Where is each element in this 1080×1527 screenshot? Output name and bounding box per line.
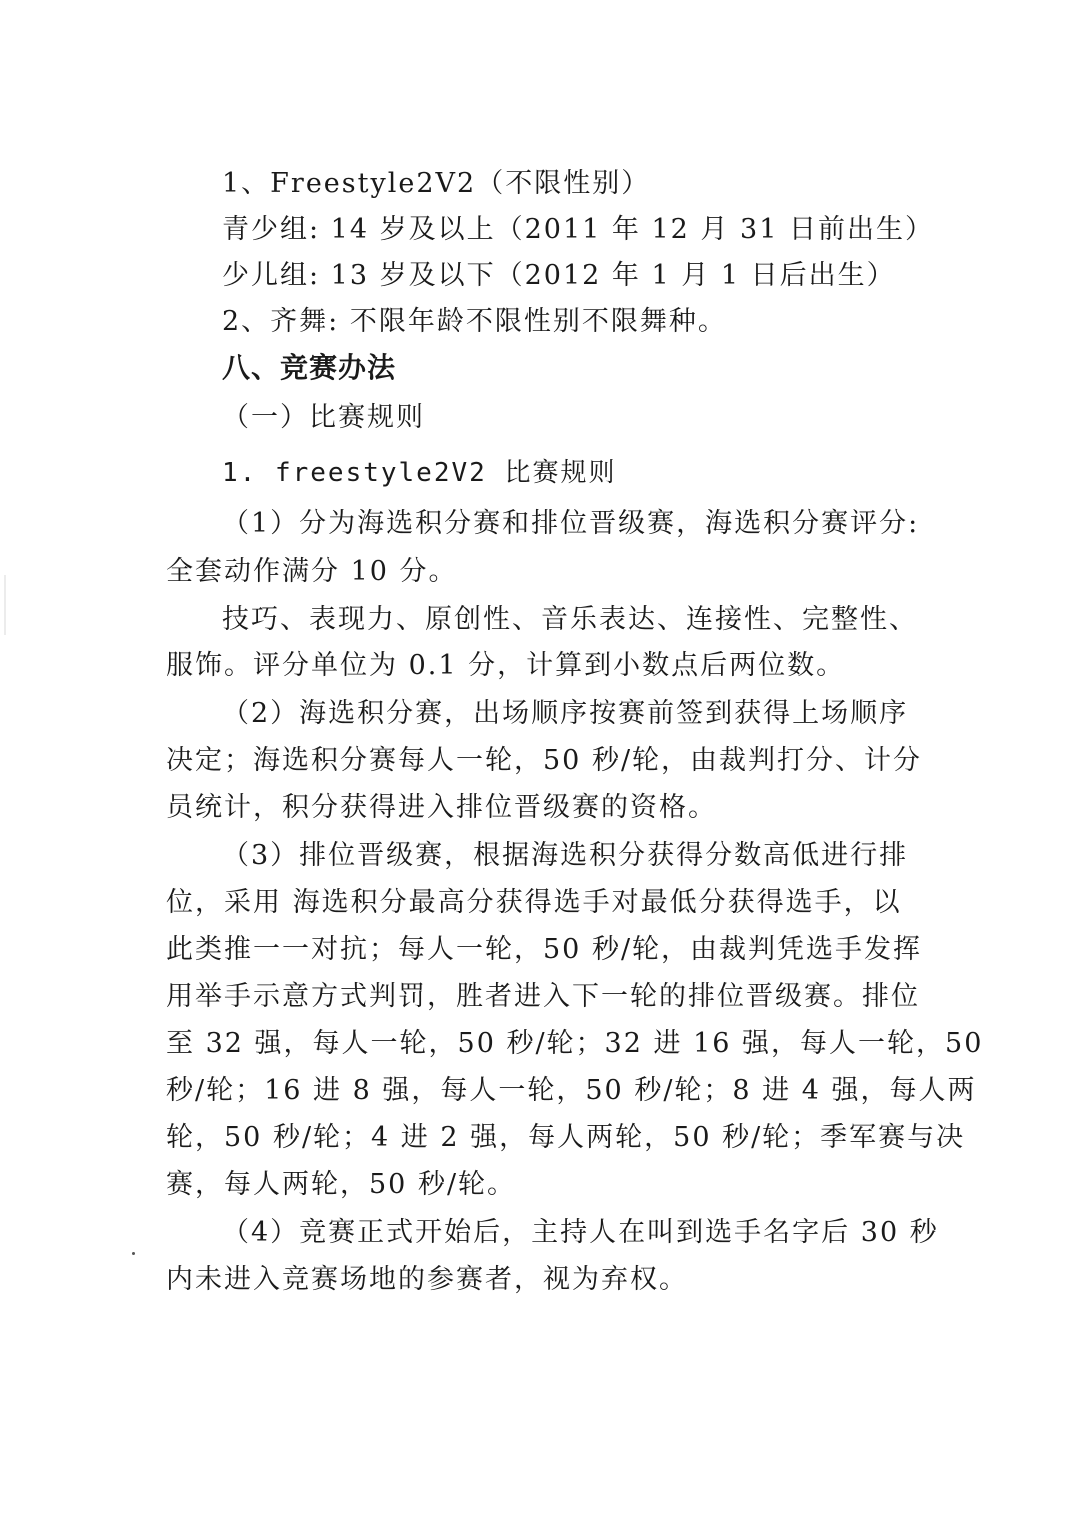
document-page: 1、Freestyle2V2（不限性别） 青少组: 14 岁及以上（2011 年… [0, 0, 1080, 1527]
paragraph-4-line-1: （3）排位晋级赛，根据海选积分获得分数高低进行排 [222, 838, 908, 874]
paragraph-4-line-5: 至 32 强，每人一轮，50 秒/轮；32 进 16 强，每人一轮，50 [166, 1026, 983, 1062]
youth-group-line: 青少组: 14 岁及以上（2011 年 12 月 31 日前出生） [222, 212, 934, 248]
scan-speck [132, 1252, 135, 1255]
paragraph-4-line-6: 秒/轮；16 进 8 强，每人一轮，50 秒/轮；8 进 4 强，每人两 [166, 1073, 977, 1109]
section-heading: 八、竞赛办法 [222, 350, 396, 386]
paragraph-5-line-2: 内未进入竞赛场地的参赛者，视为弃权。 [166, 1262, 688, 1298]
subsection-heading: （一）比赛规则 [222, 400, 425, 436]
paragraph-4-line-4: 用举手示意方式判罚，胜者进入下一轮的排位晋级赛。排位 [166, 979, 920, 1015]
paragraph-1-line-2: 全套动作满分 10 分。 [166, 554, 458, 590]
scan-edge-artifact [4, 575, 6, 635]
paragraph-4-line-2: 位，采用 海选积分最高分获得选手对最低分获得选手，以 [166, 885, 902, 921]
paragraph-4-line-8: 赛，每人两轮，50 秒/轮。 [166, 1167, 516, 1203]
paragraph-2-line-1: 技巧、表现力、原创性、音乐表达、连接性、完整性、 [222, 602, 918, 638]
eligibility-item-1: 1、Freestyle2V2（不限性别） [222, 166, 650, 202]
kids-group-line: 少儿组: 13 岁及以下（2012 年 1 月 1 日后出生） [222, 258, 896, 294]
paragraph-4-line-7: 轮，50 秒/轮；4 进 2 强，每人两轮，50 秒/轮；季军赛与决 [166, 1120, 965, 1156]
paragraph-1-line-1: （1）分为海选积分赛和排位晋级赛，海选积分赛评分: [222, 506, 919, 542]
paragraph-3-line-1: （2）海选积分赛，出场顺序按赛前签到获得上场顺序 [222, 696, 908, 732]
eligibility-item-2: 2、齐舞: 不限年龄不限性别不限舞种。 [222, 304, 727, 340]
paragraph-5-line-1: （4）竞赛正式开始后，主持人在叫到选手名字后 30 秒 [222, 1215, 939, 1251]
paragraph-2-line-2: 服饰。评分单位为 0.1 分，计算到小数点后两位数。 [166, 648, 845, 684]
paragraph-3-line-3: 员统计，积分获得进入排位晋级赛的资格。 [166, 790, 717, 826]
paragraph-4-line-3: 此类推一一对抗；每人一轮，50 秒/轮，由裁判凭选手发挥 [166, 932, 922, 968]
rule-title: 1. freestyle2V2 比赛规则 [222, 455, 616, 491]
paragraph-3-line-2: 决定；海选积分赛每人一轮，50 秒/轮，由裁判打分、计分 [166, 743, 922, 779]
